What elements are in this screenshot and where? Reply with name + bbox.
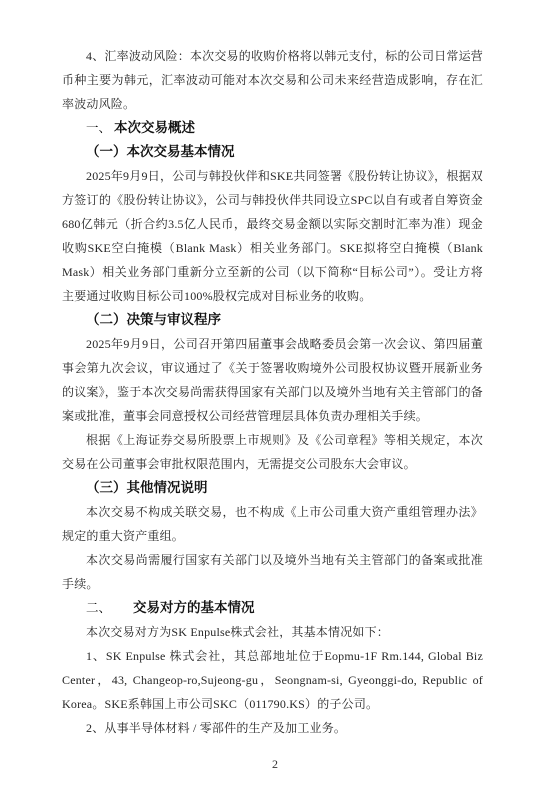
paragraph-transaction-basics: 2025年9月9日，公司与韩投伙伴和SKE共同签署《股份转让协议》，根据双方签订…: [62, 164, 483, 308]
section-title: 本次交易概述: [114, 120, 195, 135]
paragraph-approval-procedures: 本次交易尚需履行国家有关部门以及境外当地有关主管部门的备案或批准手续。: [62, 548, 483, 596]
section-number: 二、: [86, 601, 111, 615]
document-body: 4、汇率波动风险：本次交易的收购价格将以韩元支付，标的公司日常运营币种主要为韩元…: [62, 44, 483, 740]
paragraph-fx-risk: 4、汇率波动风险：本次交易的收购价格将以韩元支付，标的公司日常运营币种主要为韩元…: [62, 44, 483, 116]
paragraph-not-related-transaction: 本次交易不构成关联交易，也不构成《上市公司重大资产重组管理办法》规定的重大资产重…: [62, 500, 483, 548]
paragraph-counterparty-address: 1、SK Enpulse 株式会社，其总部地址位于Eopmu-1F Rm.144…: [62, 644, 483, 716]
subsection-heading-1-3: （三）其他情况说明: [62, 476, 483, 500]
section-heading-1: 一、本次交易概述: [62, 116, 483, 140]
subsection-heading-1-1: （一）本次交易基本情况: [62, 140, 483, 164]
document-page: 4、汇率波动风险：本次交易的收购价格将以韩元支付，标的公司日常运营币种主要为韩元…: [0, 0, 550, 796]
page-number: 2: [0, 757, 550, 772]
section-number: 一、: [86, 121, 111, 135]
paragraph-counterparty-business: 2、从事半导体材料 / 零部件的生产及加工业务。: [62, 716, 483, 740]
section-heading-2: 二、交易对方的基本情况: [62, 596, 483, 620]
paragraph-counterparty-intro: 本次交易对方为SK Enpulse株式会社，其基本情况如下：: [62, 620, 483, 644]
subsection-heading-1-2: （二）决策与审议程序: [62, 308, 483, 332]
section-title: 交易对方的基本情况: [133, 600, 255, 615]
paragraph-board-review: 2025年9月9日，公司召开第四届董事会战略委员会第一次会议、第四届董事会第九次…: [62, 332, 483, 428]
paragraph-listing-rules: 根据《上海证券交易所股票上市规则》及《公司章程》等相关规定，本次交易在公司董事会…: [62, 428, 483, 476]
